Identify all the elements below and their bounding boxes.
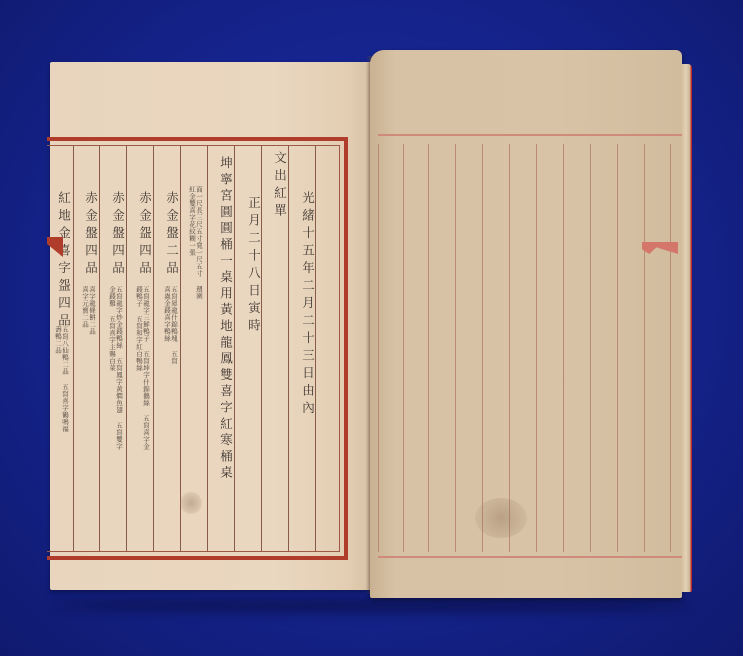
- item-red-gold-bowl-4: 紅地金喜字盌四品: [57, 191, 70, 331]
- book-shadow: [52, 598, 692, 612]
- grid-column: [485, 144, 510, 552]
- record-title: 文出紅單: [273, 151, 286, 221]
- left-page: 光緒十五年二月二十三日由內 文出紅單 正月二十八日寅時 坤寧宮圓圓桶一桌用黃地龍…: [50, 62, 372, 590]
- grid-column: [315, 146, 341, 551]
- item-gold-plate-2: 赤金盤二品: [165, 191, 178, 279]
- right-page-column-grid: [378, 134, 682, 558]
- item-gold-plate-4: 赤金盤四品: [111, 191, 124, 279]
- item-red-gold-bowl-4-note: 五寫八仙鴨二品 五寫喜字鶴鳴福壽鴨二品: [54, 326, 68, 436]
- record-entry-note: 面一尺長三尺五寸寬一尺五寸 週圍紅金雙喜字花紋糊一張: [188, 186, 202, 306]
- grid-column: [566, 144, 591, 552]
- grid-column: [593, 144, 618, 552]
- grid-column: [512, 144, 537, 552]
- item-gold-plate-4b: 赤金盤四品: [84, 191, 97, 279]
- item-gold-plate-4-note: 五寫龍字炒金錢鴨絲 五寫鳳字黃燜魚翅 五寫雙字金錢雞 五寫喜字主賜白菜: [108, 286, 122, 456]
- item-gold-plate-4b-note: 喜字龍條餅二品 喜字元寶二品: [81, 286, 95, 346]
- grid-column: [431, 144, 456, 552]
- record-date-line: 光緒十五年二月二十三日由內: [301, 191, 314, 419]
- grid-column: [458, 144, 483, 552]
- record-entry-main: 坤寧宮圓圓桶一桌用黃地龍鳳雙喜字紅寒桶桌: [219, 156, 232, 482]
- item-gold-plate-2-note: 五寫犀龍什錦鴨塊 五寫喜蟲金錢喜字鴨絲: [163, 286, 177, 366]
- grid-column: [646, 144, 671, 552]
- item-gold-bowl-4: 赤金盌四品: [138, 191, 151, 279]
- grid-column: [378, 144, 404, 552]
- grid-column: [539, 144, 564, 552]
- item-gold-bowl-4-note: 五寫龍字三鮮鴨子 五寫坤字什錦鵝絲 五寫喜字金錢鴨子 五寫和字紅白鴨絲: [135, 286, 149, 456]
- grid-column: [620, 144, 645, 552]
- right-page: [370, 50, 682, 598]
- book-page-edges: [682, 64, 692, 592]
- grid-column: [404, 144, 429, 552]
- record-time: 正月二十八日寅時: [247, 196, 260, 336]
- water-stain: [475, 498, 527, 538]
- paper-stain: [180, 492, 202, 514]
- left-page-column-grid: 光緒十五年二月二十三日由內 文出紅單 正月二十八日寅時 坤寧宮圓圓桶一桌用黃地龍…: [47, 145, 340, 552]
